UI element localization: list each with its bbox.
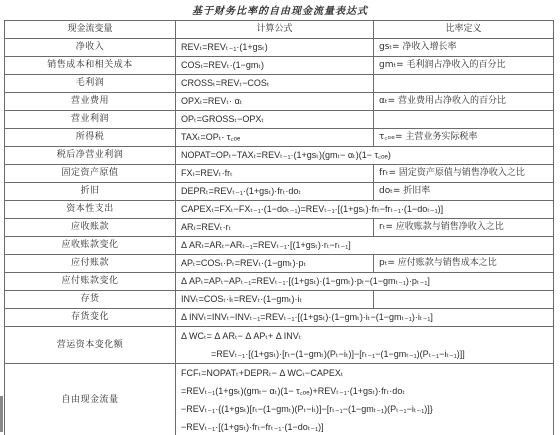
row-formula: CROSSₜ=REVₜ−COSₜ [176, 75, 374, 93]
table-row: 应收账款 ARₜ=REVₜ·rₜ rₜ= 应收账款与销售净收入之比 [5, 219, 554, 237]
row-definition [374, 291, 554, 309]
row-definition: rₜ= 应收账款与销售净收入之比 [374, 219, 554, 237]
row-formula: FXₜ=REVₜ·frₜ [176, 165, 374, 183]
row-definition: gsₜ= 净收入增长率 [374, 39, 554, 57]
header-row: 现金流变量 计算公式 比率定义 [5, 21, 554, 39]
row-formula: COSₜ=REVₜ·(1−gmₜ) [176, 57, 374, 75]
row-variable: 应付账款 [5, 255, 176, 273]
header-variable: 现金流变量 [5, 21, 176, 39]
row-variable: 应付账款变化 [5, 273, 176, 291]
row-formula: Δ INVₜ=INVₜ−INVₜ₋₁=REVₜ₋₁·[(1+gsₜ)·(1−gm… [176, 309, 554, 327]
table-row: 应付账款 APₜ=COSₜ·Pₜ=REVₜ·(1−gmₜ)·pₜ pₜ= 应付账… [5, 255, 554, 273]
formula-line: −REVₜ₋₁·[(1+gsₜ)·frₜ−frₜ₋₁·(1−doₜ₋₁)] [181, 418, 548, 435]
table-row: 应收账款变化 Δ ARₜ=ARₜ−ARₜ₋₁=REVₜ₋₁·[(1+gsₜ)·r… [5, 237, 554, 255]
row-formula: APₜ=COSₜ·Pₜ=REVₜ·(1−gmₜ)·pₜ [176, 255, 374, 273]
row-variable: 应收账款变化 [5, 237, 176, 255]
table-row: 折旧 DEPRₜ=REVₜ₋₁·(1+gsₜ)·frₜ·doₜ doₜ= 折旧率 [5, 183, 554, 201]
row-variable: 资本性支出 [5, 201, 176, 219]
table-title: 基于财务比率的自由现金流量表达式 [0, 2, 560, 17]
row-variable: 自由现金流量 [5, 364, 176, 435]
row-formula: FCFₜ=NOPATₜ+DEPRₜ− Δ WCₜ−CAPEXₜ =REVₜ₋₁(… [176, 364, 554, 435]
scan-edge-mark [0, 396, 3, 432]
table-row: 毛利润 CROSSₜ=REVₜ−COSₜ [5, 75, 554, 93]
row-variable: 营业费用 [5, 93, 176, 111]
table-row: 税后净营业利润 NOPAT=OPₜ−TAXₜ=REVₜ₋₁·(1+gsₜ)(gm… [5, 147, 554, 165]
fcf-formula-table: 现金流变量 计算公式 比率定义 净收入 REVₜ=REVₜ₋₁·(1+gsₜ) … [4, 20, 554, 435]
row-variable: 应收账款 [5, 219, 176, 237]
table-row: 固定资产原值 FXₜ=REVₜ·frₜ frₜ= 固定资产原值与销售净收入之比 [5, 165, 554, 183]
row-formula: REVₜ=REVₜ₋₁·(1+gsₜ) [176, 39, 374, 57]
table-row-working-capital: 营运资本变化额 Δ WCₜ= Δ ARₜ− Δ APₜ+ Δ INVₜ =REV… [5, 327, 554, 364]
row-definition [374, 75, 554, 93]
row-variable: 毛利润 [5, 75, 176, 93]
table-row: 营业费用 OPXₜ=REVₜ· αₜ αₜ= 营业费用占净收入的百分比 [5, 93, 554, 111]
row-variable: 存货变化 [5, 309, 176, 327]
header-formula: 计算公式 [176, 21, 374, 39]
row-formula: NOPAT=OPₜ−TAXₜ=REVₜ₋₁·(1+gsₜ)(gmₜ− αₜ)(1… [176, 147, 554, 165]
formula-line: Δ WCₜ= Δ ARₜ− Δ APₜ+ Δ INVₜ [181, 327, 548, 345]
row-variable: 营业利润 [5, 111, 176, 129]
row-definition: αₜ= 营业费用占净收入的百分比 [374, 93, 554, 111]
formula-line: =REVₜ₋₁·[(1+gsₜ)·[rₜ−(1−gmₜ)(Pₜ−iₜ)]−[rₜ… [181, 345, 548, 363]
row-formula: ARₜ=REVₜ·rₜ [176, 219, 374, 237]
row-formula: Δ APₜ=APₜ−APₜ₋₁=REVₜ₋₁·[(1+gsₜ)·(1−gmₜ)·… [176, 273, 554, 291]
row-definition: pₜ= 应付账款与销售成本之比 [374, 255, 554, 273]
table-row: 净收入 REVₜ=REVₜ₋₁·(1+gsₜ) gsₜ= 净收入增长率 [5, 39, 554, 57]
row-formula: Δ WCₜ= Δ ARₜ− Δ APₜ+ Δ INVₜ =REVₜ₋₁·[(1+… [176, 327, 554, 364]
row-definition [374, 111, 554, 129]
header-definition: 比率定义 [374, 21, 554, 39]
row-variable: 净收入 [5, 39, 176, 57]
row-variable: 所得税 [5, 129, 176, 147]
table-row: 存货 INVₜ=COSₜ·iₜ=REVₜ·(1−gmₜ)·iₜ [5, 291, 554, 309]
formula-line: =REVₜ₋₁(1+gsₜ)(gmₜ− αₜ)(1− τ꜀ₒₑ)+REVₜ₋₁·… [181, 382, 548, 400]
row-variable: 税后净营业利润 [5, 147, 176, 165]
row-definition: frₜ= 固定资产原值与销售净收入之比 [374, 165, 554, 183]
row-formula: DEPRₜ=REVₜ₋₁·(1+gsₜ)·frₜ·doₜ [176, 183, 374, 201]
table-row: 营业利润 OPₜ=GROSSₜ−OPXₜ [5, 111, 554, 129]
row-variable: 营运资本变化额 [5, 327, 176, 364]
row-formula: INVₜ=COSₜ·iₜ=REVₜ·(1−gmₜ)·iₜ [176, 291, 374, 309]
table-row-free-cash-flow: 自由现金流量 FCFₜ=NOPATₜ+DEPRₜ− Δ WCₜ−CAPEXₜ =… [5, 364, 554, 435]
row-formula: OPXₜ=REVₜ· αₜ [176, 93, 374, 111]
row-formula: Δ ARₜ=ARₜ−ARₜ₋₁=REVₜ₋₁·[(1+gsₜ)·rₜ−rₜ₋₁] [176, 237, 554, 255]
table-row: 所得税 TAXₜ=OPₜ· τ꜀ₒₑ τ꜀ₒₑ= 主营业务实际税率 [5, 129, 554, 147]
row-definition: gmₜ= 毛利润占净收入的百分比 [374, 57, 554, 75]
row-formula: TAXₜ=OPₜ· τ꜀ₒₑ [176, 129, 374, 147]
row-variable: 存货 [5, 291, 176, 309]
row-definition: τ꜀ₒₑ= 主营业务实际税率 [374, 129, 554, 147]
row-definition: doₜ= 折旧率 [374, 183, 554, 201]
table-row: 资本性支出 CAPEXₜ=FXₜ−FXₜ₋₁·(1−doₜ₋₁)=REVₜ₋₁·… [5, 201, 554, 219]
row-formula: OPₜ=GROSSₜ−OPXₜ [176, 111, 374, 129]
row-variable: 固定资产原值 [5, 165, 176, 183]
table-row: 销售成本和相关成本 COSₜ=REVₜ·(1−gmₜ) gmₜ= 毛利润占净收入… [5, 57, 554, 75]
row-variable: 折旧 [5, 183, 176, 201]
formula-line: FCFₜ=NOPATₜ+DEPRₜ− Δ WCₜ−CAPEXₜ [181, 364, 548, 382]
row-formula: CAPEXₜ=FXₜ−FXₜ₋₁·(1−doₜ₋₁)=REVₜ₋₁·[(1+gs… [176, 201, 554, 219]
table-row: 应付账款变化 Δ APₜ=APₜ−APₜ₋₁=REVₜ₋₁·[(1+gsₜ)·(… [5, 273, 554, 291]
formula-line: −REVₜ₋₁·{(1+gsₜ)[rₜ−(1−gmₜ)(Pₜ−iₜ)]−[rₜ₋… [181, 400, 548, 418]
table-row: 存货变化 Δ INVₜ=INVₜ−INVₜ₋₁=REVₜ₋₁·[(1+gsₜ)·… [5, 309, 554, 327]
row-variable: 销售成本和相关成本 [5, 57, 176, 75]
